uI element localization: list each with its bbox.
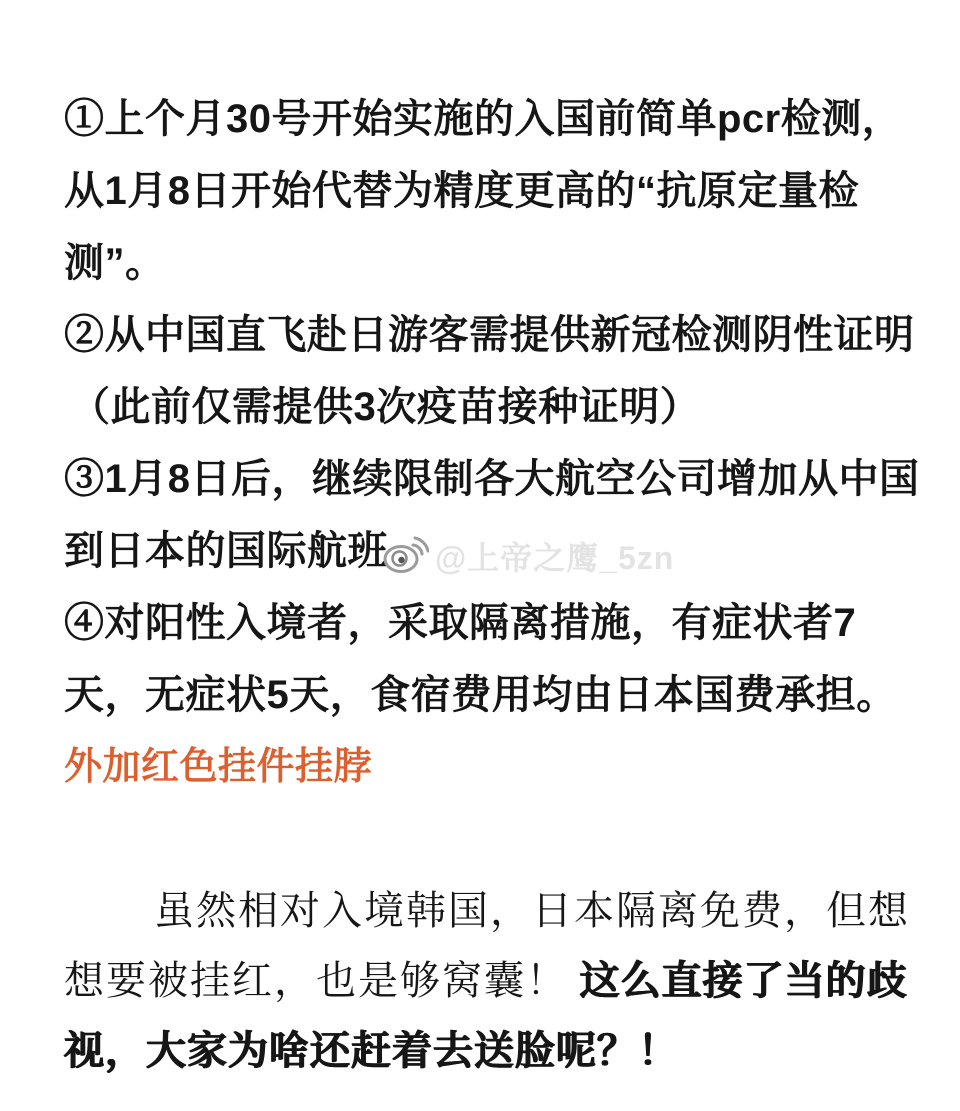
closing-text-line-3: 视，大家为啥还赶着去送脸呢？！ (64, 1029, 679, 1073)
body-text-line-9: 天，无症状5天，食宿费用均由日本国费承担。 (64, 673, 897, 717)
body-text-line-5: （此前仅需提供3次疫苗接种证明） (70, 385, 700, 429)
closing-text-line-2: 想要被挂红，也是够窝囊！ 这么直接了当的歧 (64, 959, 908, 1003)
body-text-line-4: ②从中国直飞赴日游客需提供新冠检测阴性证明 (64, 313, 915, 357)
post-image: ①上个月30号开始实施的入国前简单pcr检测， 从1月8日开始代替为精度更高的“… (0, 0, 960, 1111)
closing-line2-regular: 想要被挂红，也是够窝囊！ (64, 959, 568, 1003)
watermark: @上帝之鹰_5zn (383, 532, 674, 579)
closing-line2-emphasis: 这么直接了当的歧 (580, 959, 908, 1003)
body-text-line-8: ④对阳性入境者，采取隔离措施，有症状者7 (64, 601, 856, 645)
highlight-text-line: 外加红色挂件挂脖 (64, 747, 372, 789)
closing-text-line-1: 虽然相对入境韩国，日本隔离免费，但想 (154, 889, 910, 933)
body-text-line-2: 从1月8日开始代替为精度更高的“抗原定量检 (64, 169, 859, 213)
watermark-handle: @上帝之鹰_5zn (435, 533, 674, 579)
weibo-eye-icon (383, 532, 429, 579)
body-text-line-7: 到日本的国际航班 (64, 529, 388, 573)
body-text-line-3: 测”。 (64, 241, 166, 285)
body-text-line-1: ①上个月30号开始实施的入国前简单pcr检测， (64, 97, 902, 141)
body-text-line-6: ③1月8日后，继续限制各大航空公司增加从中国 (64, 457, 920, 501)
